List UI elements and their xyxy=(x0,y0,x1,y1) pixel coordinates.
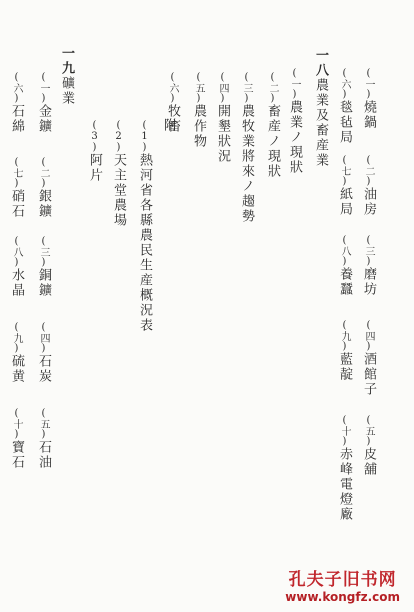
item-marker: (五) xyxy=(190,72,206,104)
item-label: 熱河省各縣農民生産概況表 xyxy=(137,153,152,333)
toc-item: (二)油房 xyxy=(360,155,376,217)
section-title: 農業及畜産業 xyxy=(313,78,328,168)
item-marker: (六) xyxy=(164,72,180,104)
item-marker: (六) xyxy=(336,68,352,100)
toc-item: (三)銅鑛 xyxy=(35,236,51,298)
item-label: 油房 xyxy=(361,187,376,217)
item-label: 酒館子 xyxy=(361,352,376,397)
toc-item: (十)寶石 xyxy=(8,408,24,470)
item-label: 石綿 xyxy=(9,104,24,134)
section-number: 一八 xyxy=(313,48,328,78)
item-marker: (十) xyxy=(336,415,352,447)
item-marker: (一) xyxy=(35,72,51,104)
item-label: 金鑛 xyxy=(36,104,51,134)
item-marker: (五) xyxy=(360,415,376,447)
item-marker: (四) xyxy=(35,322,51,354)
item-label: 阿片 xyxy=(87,153,102,183)
toc-item: (二)畜産ノ現狀 xyxy=(264,72,280,179)
item-marker: (十) xyxy=(8,408,24,440)
appendix-item: (2)天主堂農場 xyxy=(110,120,126,228)
item-label: 毯毡局 xyxy=(337,100,352,145)
item-marker: (二) xyxy=(264,72,280,104)
item-marker: (一) xyxy=(286,68,302,100)
item-label: 水晶 xyxy=(9,268,24,298)
toc-item: (四)開墾狀況 xyxy=(214,72,230,164)
item-label: 磨坊 xyxy=(361,267,376,297)
appendix-label: 附 xyxy=(160,118,176,133)
toc-item: (一)農業ノ現狀 xyxy=(286,68,302,175)
watermark: 孔夫子旧书网 www.kongfz.com xyxy=(285,570,400,604)
toc-item: (八)水晶 xyxy=(8,236,24,298)
item-marker: (三) xyxy=(360,235,376,267)
item-marker: (二) xyxy=(35,157,51,189)
item-marker: (三) xyxy=(35,236,51,268)
item-label: 養蠶 xyxy=(337,267,352,297)
toc-item: (二)銀鑛 xyxy=(35,157,51,219)
watermark-url: www.kongfz.com xyxy=(285,590,400,604)
toc-item: (一)金鑛 xyxy=(35,72,51,134)
section-heading: 一九礦業 xyxy=(58,46,74,106)
item-label: 赤峰電燈廠 xyxy=(337,447,352,522)
item-label: 畜産ノ現狀 xyxy=(265,104,280,179)
toc-item: (五)皮舖 xyxy=(360,415,376,477)
item-label: 石油 xyxy=(36,440,51,470)
item-label: 石炭 xyxy=(36,354,51,384)
toc-item: (八)養蠶 xyxy=(336,235,352,297)
section-heading: 一八農業及畜産業 xyxy=(312,48,328,168)
toc-item: (三)磨坊 xyxy=(360,235,376,297)
item-label: 紙局 xyxy=(337,187,352,217)
item-label: 硫黄 xyxy=(9,354,24,384)
section-number: 一九 xyxy=(59,46,74,76)
item-label: 銅鑛 xyxy=(36,268,51,298)
toc-item: (九)藍靛 xyxy=(336,320,352,382)
item-label: 藍靛 xyxy=(337,352,352,382)
item-marker: (九) xyxy=(336,320,352,352)
item-label: 寶石 xyxy=(9,440,24,470)
appendix-item: (3)阿片 xyxy=(86,120,102,183)
item-label: 天主堂農場 xyxy=(111,153,126,228)
item-label: 農牧業將來ノ趨勢 xyxy=(239,104,254,224)
item-marker: (六) xyxy=(8,72,24,104)
appendix-item: (1)熱河省各縣農民生産概況表 xyxy=(136,120,152,333)
section-title: 礦業 xyxy=(59,76,74,106)
toc-item: (五)農作物 xyxy=(190,72,206,149)
item-label: 皮舖 xyxy=(361,447,376,477)
item-label: 開墾狀況 xyxy=(215,104,230,164)
item-marker: (四) xyxy=(360,320,376,352)
item-marker: (1) xyxy=(136,120,152,153)
toc-item: (四)石炭 xyxy=(35,322,51,384)
item-marker: (四) xyxy=(214,72,230,104)
toc-item: (七)紙局 xyxy=(336,155,352,217)
item-marker: (七) xyxy=(336,155,352,187)
toc-item: (七)硝石 xyxy=(8,157,24,219)
item-marker: (八) xyxy=(336,235,352,267)
item-marker: (八) xyxy=(8,236,24,268)
item-label: 農業ノ現狀 xyxy=(287,100,302,175)
toc-item: (九)硫黄 xyxy=(8,322,24,384)
toc-item: (六)毯毡局 xyxy=(336,68,352,145)
item-marker: (三) xyxy=(238,72,254,104)
item-label: 農作物 xyxy=(191,104,206,149)
item-marker: (九) xyxy=(8,322,24,354)
toc-item: (十)赤峰電燈廠 xyxy=(336,415,352,522)
toc-item: (六)石綿 xyxy=(8,72,24,134)
toc-item: (一)燒鍋 xyxy=(360,68,376,130)
item-label: 銀鑛 xyxy=(36,189,51,219)
item-label: 燒鍋 xyxy=(361,100,376,130)
toc-item: (四)酒館子 xyxy=(360,320,376,397)
item-marker: (二) xyxy=(360,155,376,187)
toc-item: (三)農牧業將來ノ趨勢 xyxy=(238,72,254,224)
toc-item: (五)石油 xyxy=(35,408,51,470)
watermark-title: 孔夫子旧书网 xyxy=(285,570,400,590)
item-marker: (五) xyxy=(35,408,51,440)
item-marker: (2) xyxy=(110,120,126,153)
item-marker: (一) xyxy=(360,68,376,100)
item-label: 硝石 xyxy=(9,189,24,219)
item-marker: (七) xyxy=(8,157,24,189)
item-marker: (3) xyxy=(86,120,102,153)
